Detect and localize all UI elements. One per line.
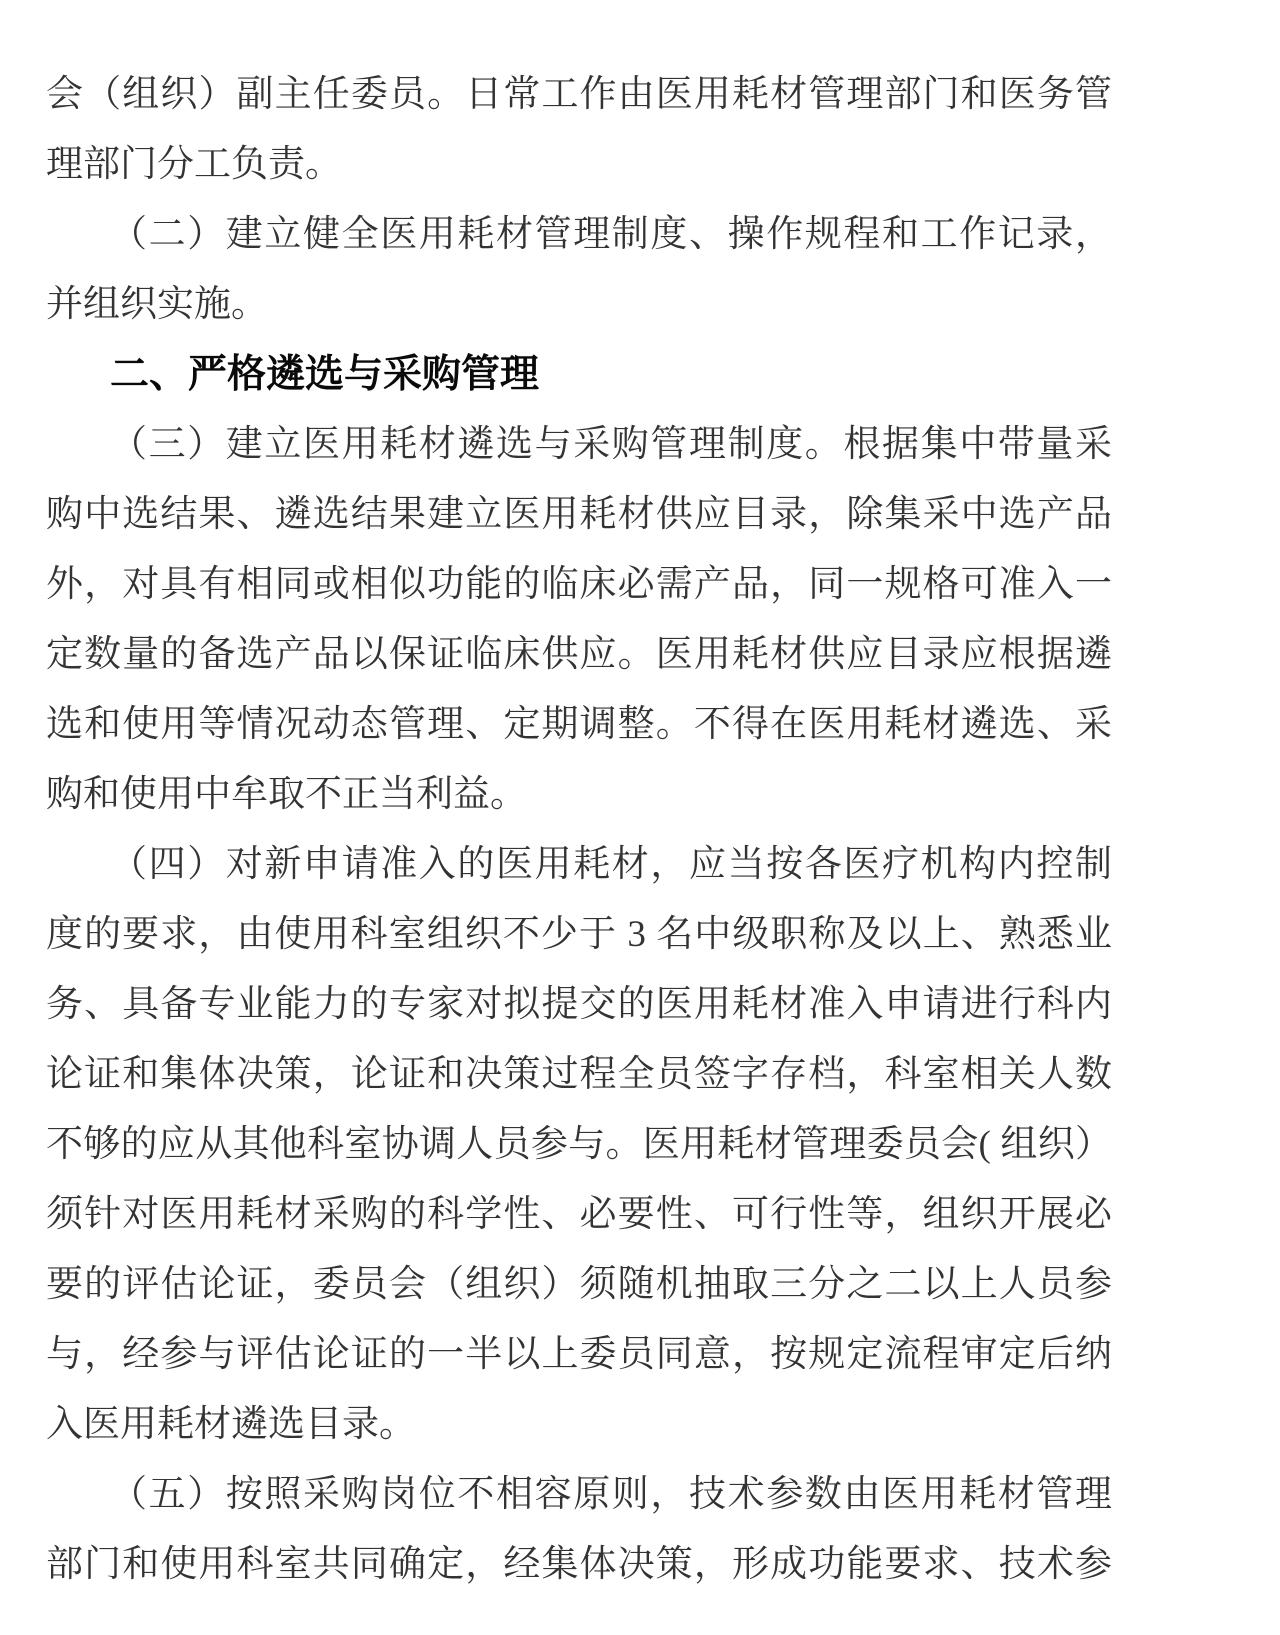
- text-line: 度的要求，由使用科室组织不少于 3 名中级职称及以上、熟悉业: [46, 900, 1112, 970]
- text-line: 入医用耗材遴选目录。: [46, 1390, 1112, 1460]
- paragraph-first-line: （三）建立医用耗材遴选与采购管理制度。根据集中带量采: [46, 410, 1112, 480]
- paragraph-first-line: （五）按照采购岗位不相容原则，技术参数由医用耗材管理: [46, 1460, 1112, 1530]
- text-line: 须针对医用耗材采购的科学性、必要性、可行性等，组织开展必: [46, 1180, 1112, 1250]
- text-line: 与，经参与评估论证的一半以上委员同意，按规定流程审定后纳: [46, 1320, 1112, 1390]
- text-line: 定数量的备选产品以保证临床供应。医用耗材供应目录应根据遴: [46, 620, 1112, 690]
- text-line: 要的评估论证，委员会（组织）须随机抽取三分之二以上人员参: [46, 1250, 1112, 1320]
- text-line: 论证和集体决策，论证和决策过程全员签字存档，科室相关人数: [46, 1040, 1112, 1110]
- text-line: 购中选结果、遴选结果建立医用耗材供应目录，除集采中选产品: [46, 480, 1112, 550]
- section-heading: 二、严格遴选与采购管理: [46, 340, 1112, 410]
- text-line: 外，对具有相同或相似功能的临床必需产品，同一规格可准入一: [46, 550, 1112, 620]
- document-page: 会（组织）副主任委员。日常工作由医用耗材管理部门和医务管 理部门分工负责。 （二…: [0, 0, 1280, 1635]
- text-line: 理部门分工负责。: [46, 130, 1112, 200]
- text-line: 会（组织）副主任委员。日常工作由医用耗材管理部门和医务管: [46, 60, 1112, 130]
- text-line: 选和使用等情况动态管理、定期调整。不得在医用耗材遴选、采: [46, 690, 1112, 760]
- text-line: 并组织实施。: [46, 270, 1112, 340]
- paragraph-first-line: （四）对新申请准入的医用耗材，应当按各医疗机构内控制: [46, 830, 1112, 900]
- text-line: 购和使用中牟取不正当利益。: [46, 760, 1112, 830]
- paragraph-first-line: （二）建立健全医用耗材管理制度、操作规程和工作记录，: [46, 200, 1112, 270]
- text-line: 务、具备专业能力的专家对拟提交的医用耗材准入申请进行科内: [46, 970, 1112, 1040]
- text-line: 不够的应从其他科室协调人员参与。医用耗材管理委员会( 组织）: [46, 1110, 1112, 1180]
- text-line: 部门和使用科室共同确定，经集体决策，形成功能要求、技术参: [46, 1530, 1112, 1600]
